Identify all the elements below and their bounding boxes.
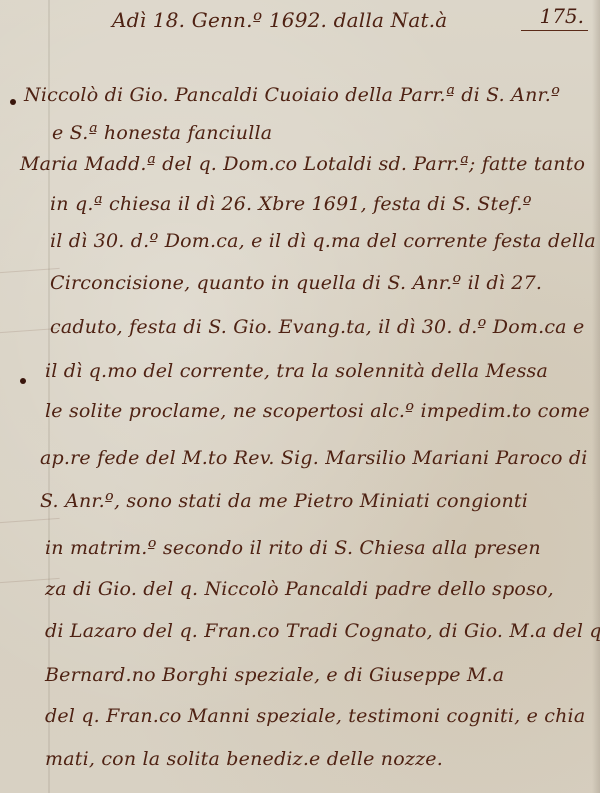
margin-ink-dot: [20, 378, 26, 384]
manuscript-line-17: mati, con la solita benediz.e delle nozz…: [45, 748, 443, 770]
manuscript-line-11: S. Anr.º, sono stati da me Pietro Miniat…: [40, 490, 528, 512]
manuscript-line-12: in matrim.º secondo il rito di S. Chiesa…: [45, 537, 541, 559]
page-number: 175.: [521, 4, 588, 31]
manuscript-line-14: di Lazaro del q. Fran.co Tradi Cognato, …: [45, 620, 600, 642]
manuscript-line-4: in q.ª chiesa il dì 26. Xbre 1691, festa…: [50, 193, 532, 215]
manuscript-page: 175. Adì 18. Genn.º 1692. dalla Nat.à Ni…: [0, 0, 600, 793]
manuscript-line-3: Maria Madd.ª del q. Dom.co Lotaldi sd. P…: [20, 153, 585, 175]
page-edge-shadow: [592, 0, 600, 793]
manuscript-line-5: il dì 30. d.º Dom.ca, e il dì q.ma del c…: [50, 230, 596, 252]
manuscript-line-2: e S.ª honesta fanciulla: [52, 122, 272, 144]
manuscript-line-6: Circoncisione, quanto in quella di S. An…: [50, 272, 542, 294]
manuscript-line-9: le solite proclame, ne scopertosi alc.º …: [45, 400, 590, 422]
bleed-through-mark: [0, 518, 60, 533]
margin-ink-dot: [10, 99, 16, 105]
manuscript-line-13: za di Gio. del q. Niccolò Pancaldi padre…: [45, 578, 554, 600]
manuscript-line-15: Bernard.no Borghi speziale, e di Giusepp…: [45, 664, 504, 686]
manuscript-line-10: ap.re fede del M.to Rev. Sig. Marsilio M…: [40, 447, 587, 469]
manuscript-line-8: il dì q.mo del corrente, tra la solennit…: [45, 360, 548, 382]
manuscript-line-1: Niccolò di Gio. Pancaldi Cuoiaio della P…: [24, 84, 560, 106]
manuscript-line-16: del q. Fran.co Manni speziale, testimoni…: [45, 705, 585, 727]
manuscript-line-7: caduto, festa di S. Gio. Evang.ta, il dì…: [50, 316, 584, 338]
entry-date-heading: Adì 18. Genn.º 1692. dalla Nat.à: [112, 8, 447, 32]
